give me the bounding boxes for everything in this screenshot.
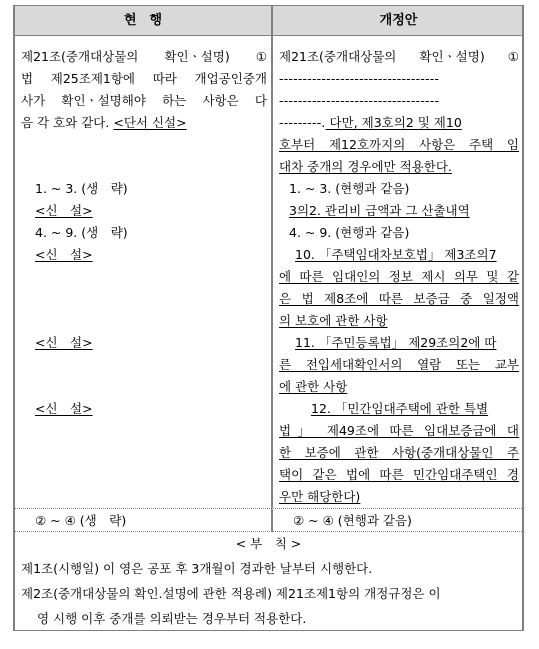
item-3-2: 3의2. 관리비 금액과 그 산출내역	[289, 200, 470, 222]
new-note: <신 설>	[35, 398, 93, 420]
proposed-paragraphs-2-4: ② ~ ④ (현행과 같음)	[293, 509, 412, 532]
table-header: 현 행 개정안	[15, 6, 522, 36]
current-text-line: 제21조(중개대상물의 확인ㆍ설명) ①	[21, 46, 267, 68]
proposed-text-line: ---------. 다만, 제3호의2 및 제10	[279, 112, 462, 134]
header-current: 현 행	[15, 6, 271, 35]
current-text-line: 사가 확인ㆍ설명해야 하는 사항은 다	[21, 90, 267, 112]
item-11-line: 11. 「주민등록법」 제29조의2에 따	[295, 332, 496, 354]
column-divider	[271, 509, 273, 532]
new-note: <신 설>	[35, 244, 93, 266]
current-text-line: 법 제25조제1항에 따라 개업공인중개	[21, 68, 267, 90]
item-10-line: 10. 「주택임대차보호법」 제3조의7	[295, 244, 497, 266]
new-note: <신 설>	[35, 332, 93, 354]
item-12-line: 우만 해당한다)	[279, 486, 360, 508]
item-12-line: 택이 같은 법에 따른 민간임대주택인 경	[279, 464, 519, 486]
new-note: <신 설>	[35, 200, 93, 222]
item-4-9: 4. ~ 9. (현행과 같음)	[289, 222, 409, 244]
addenda-section: < 부 칙 > 제1조(시행일) 이 영은 공포 후 3개월이 경과한 날부터 …	[15, 531, 522, 631]
column-divider	[271, 6, 273, 508]
current-paragraphs-2-4: ② ~ ④ (생 략)	[35, 509, 126, 532]
omitted-text-line: ----------------------------------	[279, 68, 439, 90]
item-11-line: 른 전입세대확인서의 열람 또는 교부	[279, 354, 519, 376]
proviso-line: 대차 중개의 경우에만 적용한다.	[279, 156, 452, 178]
addenda-article-2: 제2조(중개대상물의 확인.설명에 관한 적용례) 제21조제1항의 개정규정은…	[21, 581, 441, 606]
item-11-line: 에 관한 사항	[279, 376, 347, 398]
item-10-line: 은 법 제8조에 따른 보증금 중 일정액	[279, 288, 519, 310]
proviso-line: 호부터 제12호까지의 사항은 주택 임	[279, 134, 519, 156]
paragraphs-2-4-row: ② ~ ④ (생 략) ② ~ ④ (현행과 같음)	[15, 508, 522, 532]
header-proposed: 개정안	[273, 6, 524, 35]
item-12-line: 법」 제49조에 따른 임대보증금에 대	[279, 420, 519, 442]
item-4-9: 4. ~ 9. (생 략)	[35, 222, 128, 244]
item-1-3: 1. ~ 3. (현행과 같음)	[289, 178, 409, 200]
new-proviso-note: <단서 신설>	[113, 115, 186, 130]
comparison-table: 현 행 개정안 제21조(중개대상물의 확인ㆍ설명) ① 법 제25조제1항에 …	[13, 5, 524, 631]
addenda-article-2-cont: 영 시행 이후 중개를 의뢰받는 경우부터 적용한다.	[37, 606, 306, 631]
addenda-title: < 부 칙 >	[15, 532, 522, 556]
item-12-line: 12. 「민간임대주택에 관한 특별	[311, 398, 488, 420]
current-text-line: 음 각 호와 같다. <단서 신설>	[21, 112, 187, 134]
item-10-line: 에 따른 임대인의 정보 제시 의무 및 같	[279, 266, 519, 288]
item-1-3: 1. ~ 3. (생 략)	[35, 178, 128, 200]
proposed-text-line: 제21조(중개대상물의 확인ㆍ설명) ①	[279, 46, 519, 68]
omitted-text-line: ----------------------------------	[279, 90, 439, 112]
item-10-line: 의 보호에 관한 사항	[279, 310, 388, 332]
addenda-article-1: 제1조(시행일) 이 영은 공포 후 3개월이 경과한 날부터 시행한다.	[21, 556, 372, 581]
item-12-line: 한 보증에 관한 사항(중개대상물인 주	[279, 442, 519, 464]
